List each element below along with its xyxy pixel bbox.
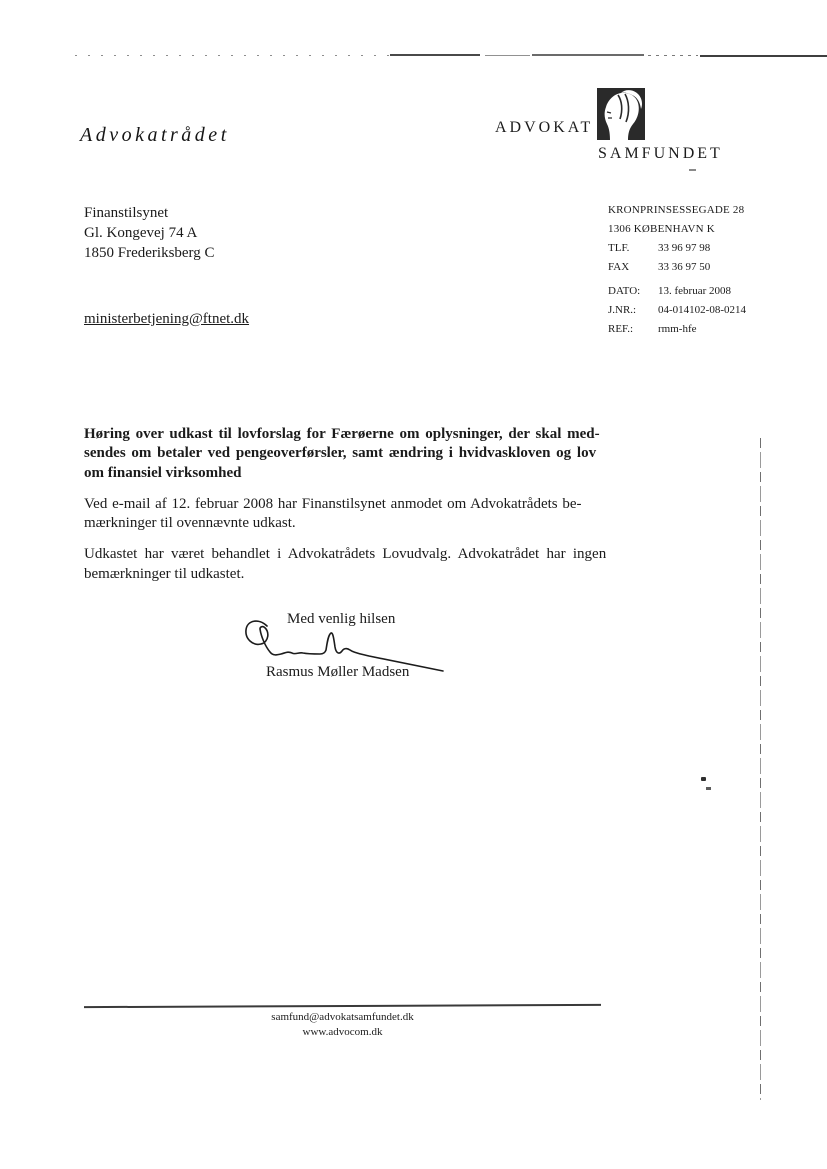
- subject-line: Høring over udkast til lovforslag for Fæ…: [84, 426, 624, 445]
- phone-label: TLF.: [608, 239, 658, 258]
- paragraph-2: Udkastet har været behandlet i Advokatrå…: [84, 546, 624, 585]
- recipient-address: Finanstilsynet Gl. Kongevej 74 A 1850 Fr…: [84, 203, 215, 263]
- reference-label: REF.:: [608, 320, 658, 339]
- fax-label: FAX: [608, 258, 658, 277]
- footer-email: samfund@advokatsamfundet.dk: [84, 1010, 601, 1025]
- recipient-email: ministerbetjening@ftnet.dk: [84, 311, 249, 328]
- date-row: DATO:13. februar 2008: [608, 282, 746, 301]
- scan-artifact-top-dashes: [75, 55, 390, 56]
- paragraph-1: Ved e-mail af 12. februar 2008 har Finan…: [84, 496, 624, 535]
- scan-artifact-top-dashes: [648, 55, 698, 56]
- logo-top-row: ADVOKAT: [495, 88, 755, 140]
- footer-web: www.advocom.dk: [84, 1025, 601, 1040]
- journal-number-label: J.NR.:: [608, 301, 658, 320]
- signer-name: Rasmus Møller Madsen: [266, 664, 409, 681]
- reference-value: rmm-hfe: [658, 323, 696, 335]
- date-value: 13. februar 2008: [658, 285, 731, 297]
- letter-page: Advokatrådet ADVOKAT SAMFUNDET Finanstil…: [0, 0, 827, 1169]
- scan-artifact-top-dashes: [700, 55, 827, 57]
- journal-number-value: 04-014102-08-0214: [658, 304, 746, 316]
- reference-row: REF.:rmm-hfe: [608, 320, 746, 339]
- scan-artifact-top-dashes: [390, 54, 480, 56]
- advokatsamfundet-logo: ADVOKAT SAMFUNDET: [495, 88, 755, 163]
- recipient-city: 1850 Frederiksberg C: [84, 243, 215, 263]
- sender-phone-row: TLF.33 96 97 98: [608, 239, 746, 258]
- logo-text-samfundet: SAMFUNDET: [598, 145, 755, 163]
- recipient-street: Gl. Kongevej 74 A: [84, 223, 215, 243]
- footer: samfund@advokatsamfundet.dk www.advocom.…: [84, 1010, 601, 1040]
- subject-line: om finansiel virksomhed: [84, 465, 624, 484]
- letter-body: Høring over udkast til lovforslag for Fæ…: [84, 426, 624, 585]
- scan-artifact-top-dashes: [532, 54, 644, 56]
- subject-heading: Høring over udkast til lovforslag for Fæ…: [84, 426, 624, 484]
- sender-street: KRONPRINSESSEGADE 28: [608, 201, 746, 220]
- logo-text-advokat: ADVOKAT: [495, 119, 593, 137]
- fax-value: 33 36 97 50: [658, 261, 710, 273]
- letterhead-name: Advokatrådet: [80, 124, 230, 147]
- athena-head-icon: [597, 88, 645, 140]
- date-label: DATO:: [608, 282, 658, 301]
- sender-fax-row: FAX33 36 97 50: [608, 258, 746, 277]
- paragraph-line: mærkninger til ovennævnte udkast.: [84, 515, 624, 534]
- subject-line: sendes om betaler ved pengeoverførsler, …: [84, 445, 624, 464]
- footer-rule: [84, 1004, 601, 1008]
- scan-artifact-speck: [689, 169, 696, 171]
- phone-value: 33 96 97 98: [658, 242, 710, 254]
- recipient-name: Finanstilsynet: [84, 203, 215, 223]
- scan-artifact-speck: [701, 777, 706, 781]
- sender-city: 1306 KØBENHAVN K: [608, 220, 746, 239]
- paragraph-line: Ved e-mail af 12. februar 2008 har Finan…: [84, 496, 624, 515]
- scan-artifact-top-dashes: [485, 55, 530, 56]
- paragraph-line: bemærkninger til udkastet.: [84, 566, 624, 585]
- scan-artifact-vertical-line: [760, 438, 761, 1100]
- paragraph-line: Udkastet har været behandlet i Advokatrå…: [84, 546, 624, 565]
- sender-contact-block: KRONPRINSESSEGADE 28 1306 KØBENHAVN K TL…: [608, 201, 746, 339]
- journal-number-row: J.NR.:04-014102-08-0214: [608, 301, 746, 320]
- scan-artifact-speck: [706, 787, 711, 790]
